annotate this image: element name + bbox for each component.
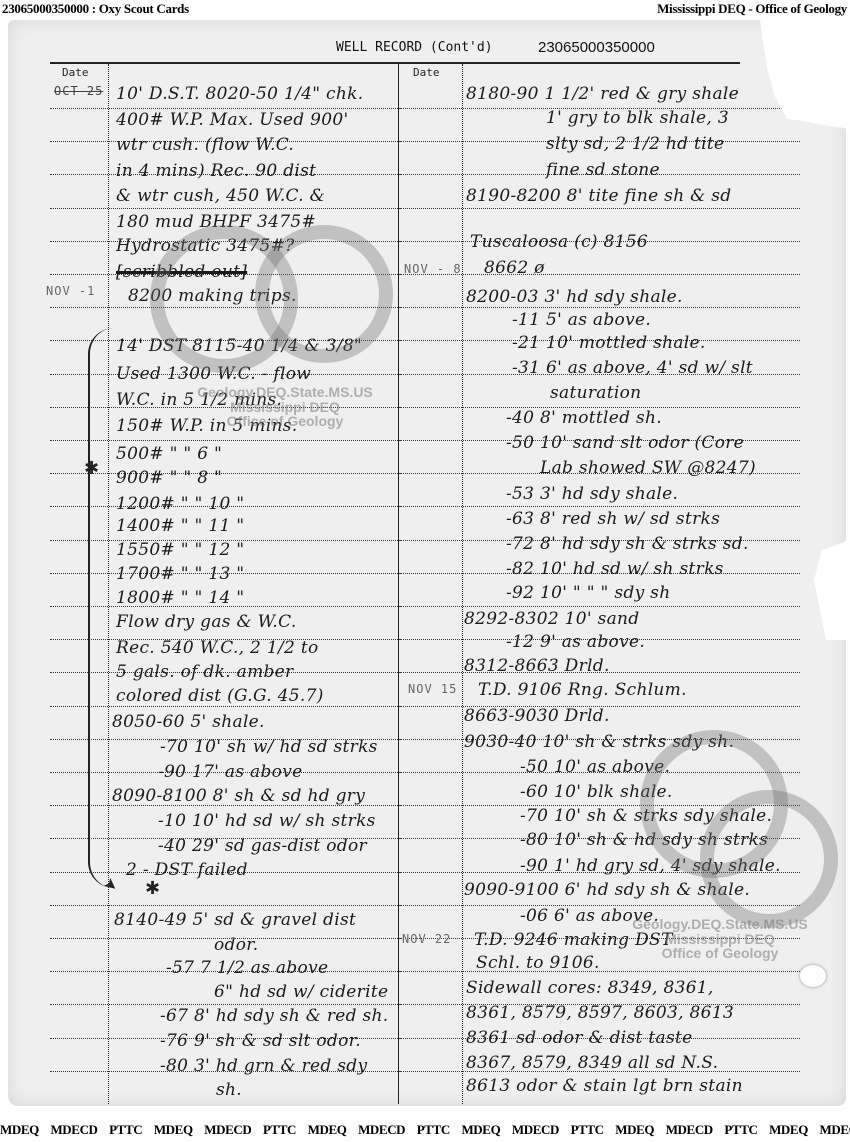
entry-date: NOV 15 — [408, 682, 457, 696]
handwritten-entry: 900# " " 8 " — [116, 468, 222, 488]
watermark-text: Geology.DEQ.State.MS.US Mississippi DEQ … — [180, 385, 390, 429]
ruled-line — [400, 971, 800, 972]
footer-agency-label: MDEQ — [461, 1122, 500, 1142]
handwritten-entry: -70 10' sh w/ hd sd strks — [160, 737, 378, 757]
footer-agency-label: MDEQ — [769, 1122, 808, 1142]
handwritten-entry: -92 10' " " " sdy sh — [506, 583, 670, 603]
center-column-divider — [398, 64, 399, 1104]
watermark-logo-icon — [255, 225, 393, 363]
date-column-header-left: Date — [62, 66, 89, 79]
entry-date: NOV -1 — [46, 284, 95, 298]
watermark-line: Office of Geology — [180, 414, 390, 429]
handwritten-entry: fine sd stone — [546, 160, 660, 180]
watermark-line: Mississippi DEQ — [180, 400, 390, 415]
handwritten-entry: -40 29' sd gas-dist odor — [158, 836, 367, 856]
handwritten-entry: 8662 ø — [484, 258, 545, 278]
footer-agency-label: MDEQ — [308, 1122, 347, 1142]
document-header-bar: 23065000350000 : Oxy Scout Cards Mississ… — [0, 0, 850, 18]
handwritten-entry: wtr cush. (flow W.C. — [116, 135, 294, 155]
handwritten-entry: -72 8' hd sdy sh & strks sd. — [506, 534, 749, 554]
asterisk-mark-icon: ✱ — [84, 458, 99, 479]
watermark-line: Mississippi DEQ — [615, 932, 825, 947]
footer-agency-label: MDECD — [820, 1122, 850, 1142]
handwritten-entry: Tuscaloosa (c) 8156 — [470, 232, 648, 252]
handwritten-entry: 1550# " " 12 " — [116, 540, 244, 560]
handwritten-entry: -21 10' mottled shale. — [512, 333, 706, 353]
footer-agency-label: MDECD — [358, 1122, 405, 1142]
footer-agency-label: PTTC — [109, 1122, 142, 1142]
handwritten-entry: -31 6' as above, 4' sd w/ slt — [512, 358, 753, 378]
date-column-header-right: Date — [413, 66, 440, 79]
handwritten-entry: 5 gals. of dk. amber — [116, 662, 293, 682]
handwritten-entry: 8292-8302 10' sand — [464, 609, 639, 629]
ruled-line — [50, 108, 400, 109]
handwritten-entry: 500# " " 6 " — [116, 444, 222, 464]
handwritten-entry: -80 3' hd grn & red sdy — [160, 1056, 367, 1076]
entry-date: NOV 22 — [402, 932, 451, 946]
footer-agency-label: MDEQ — [154, 1122, 193, 1142]
footer-agency-label: MDECD — [512, 1122, 559, 1142]
footer-agency-label: PTTC — [417, 1122, 450, 1142]
handwritten-entry: 1700# " " 13 " — [116, 564, 244, 584]
handwritten-entry: 1800# " " 14 " — [116, 588, 244, 608]
ruled-line — [400, 606, 800, 607]
handwritten-entry: 400# W.P. Max. Used 900' — [116, 110, 348, 130]
handwritten-entry: -90 17' as above — [158, 762, 302, 782]
ruled-line — [400, 208, 800, 209]
handwritten-entry: 8090-8100 8' sh & sd hd gry — [112, 786, 365, 806]
handwritten-entry: -11 5' as above. — [512, 310, 651, 330]
handwritten-entry: -53 3' hd sdy shale. — [506, 484, 678, 504]
handwritten-entry: 8361, 8579, 8597, 8603, 8613 — [466, 1003, 734, 1023]
watermark-line: Geology.DEQ.State.MS.US — [180, 385, 390, 400]
handwritten-entry: 1' gry to blk shale, 3 — [546, 108, 729, 128]
asterisk-mark-icon: ✱ — [145, 878, 160, 899]
handwritten-entry: 1400# " " 11 " — [116, 516, 244, 536]
handwritten-entry: odor. — [214, 935, 259, 955]
footer-agency-strip: MDEQMDECDPTTCMDEQMDECDPTTCMDEQMDECDPTTCM… — [0, 1122, 850, 1142]
handwritten-entry: -12 9' as above. — [506, 632, 645, 652]
handwritten-entry: -63 8' red sh w/ sd strks — [506, 509, 720, 529]
handwritten-entry: 2 - DST failed — [126, 860, 248, 880]
handwritten-entry: 8190-8200 8' tite fine sh & sd — [466, 186, 732, 206]
handwritten-entry: saturation — [550, 383, 641, 403]
handwritten-entry: 8200-03 3' hd sdy shale. — [466, 287, 683, 307]
handwritten-entry: -67 8' hd sdy sh & red sh. — [160, 1006, 388, 1026]
watermark-text: Geology.DEQ.State.MS.US Mississippi DEQ … — [615, 917, 825, 961]
bracket-annotation — [88, 328, 114, 888]
handwritten-entry: -50 10' sand slt odor (Core — [506, 433, 744, 453]
handwritten-entry: 8613 odor & stain lgt brn stain — [466, 1076, 743, 1096]
handwritten-entry: 8180-90 1 1/2' red & gry shale — [466, 84, 739, 104]
handwritten-entry: & wtr cush, 450 W.C. & — [116, 186, 325, 206]
handwritten-entry: 8663-9030 Drld. — [464, 706, 610, 726]
handwritten-entry: -10 10' hd sd w/ sh strks — [158, 811, 376, 831]
api-number: 23065000350000 — [538, 39, 655, 56]
date-column-divider-right — [462, 64, 463, 1104]
source-agency: Mississippi DEQ - Office of Geology — [657, 1, 847, 17]
handwritten-entry: Schl. to 9106. — [476, 953, 600, 973]
document-id-title: 23065000350000 : Oxy Scout Cards — [2, 1, 189, 17]
entry-date: NOV - 8 — [404, 262, 462, 276]
handwritten-entry: -40 8' mottled sh. — [506, 408, 662, 428]
ruled-line — [50, 208, 400, 209]
footer-agency-label: PTTC — [724, 1122, 757, 1142]
entry-date: OCT 25 — [54, 84, 103, 98]
handwritten-entry: 8050-60 5' shale. — [112, 712, 265, 732]
footer-agency-label: MDECD — [50, 1122, 97, 1142]
footer-agency-label: MDECD — [666, 1122, 713, 1142]
handwritten-entry: sh. — [216, 1080, 242, 1100]
handwritten-entry: -82 10' hd sd w/ sh strks — [506, 559, 724, 579]
handwritten-entry: Lab showed SW @8247) — [540, 458, 756, 478]
handwritten-entry: -57 7 1/2 as above — [166, 958, 328, 978]
handwritten-entry: 10' D.S.T. 8020-50 1/4" chk. — [116, 84, 363, 104]
handwritten-entry: 8367, 8579, 8349 all sd N.S. — [466, 1053, 718, 1073]
handwritten-entry: T.D. 9106 Rng. Schlum. — [478, 680, 687, 700]
handwritten-entry: Sidewall cores: 8349, 8361, — [466, 978, 714, 998]
handwritten-entry: slty sd, 2 1/2 hd tite — [546, 134, 724, 154]
form-title: WELL RECORD (Cont'd) — [336, 40, 493, 55]
handwritten-entry: 8140-49 5' sd & gravel dist — [114, 910, 356, 930]
handwritten-entry: 8312-8663 Drld. — [464, 656, 610, 676]
ruled-line — [400, 506, 800, 507]
watermark-logo-icon — [700, 790, 838, 928]
footer-agency-label: PTTC — [263, 1122, 296, 1142]
punch-hole — [800, 965, 826, 987]
footer-agency-label: MDEQ — [615, 1122, 654, 1142]
handwritten-entry: 8361 sd odor & dist taste — [466, 1028, 692, 1048]
footer-agency-label: MDEQ — [0, 1122, 39, 1142]
handwritten-entry: Flow dry gas & W.C. — [116, 612, 297, 632]
handwritten-entry: colored dist (G.G. 45.7) — [116, 686, 324, 706]
header-rule — [50, 62, 740, 64]
handwritten-entry: 6" hd sd w/ ciderite — [214, 982, 388, 1002]
footer-agency-label: MDECD — [204, 1122, 251, 1142]
ruled-line — [400, 307, 800, 308]
ruled-line — [50, 905, 400, 906]
handwritten-entry: in 4 mins) Rec. 90 dist — [116, 161, 316, 181]
watermark-line: Geology.DEQ.State.MS.US — [615, 917, 825, 932]
handwritten-entry: 1200# " " 10 " — [116, 494, 244, 514]
handwritten-entry: -76 9' sh & sd slt odor. — [160, 1031, 361, 1051]
footer-agency-label: PTTC — [571, 1122, 604, 1142]
handwritten-entry: Rec. 540 W.C., 2 1/2 to — [116, 638, 319, 658]
watermark-line: Office of Geology — [615, 946, 825, 961]
